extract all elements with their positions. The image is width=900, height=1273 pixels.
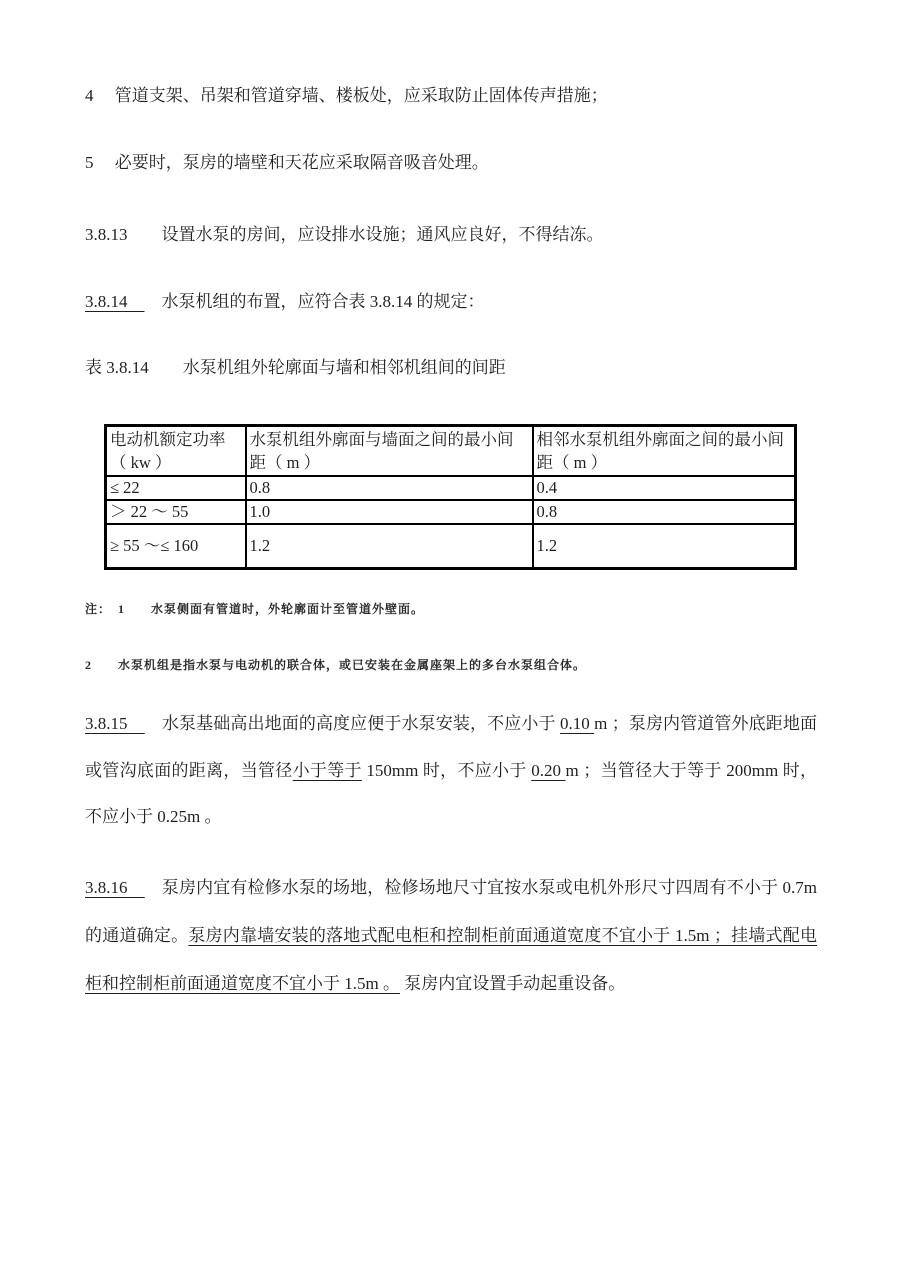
clause-3-8-16: 3.8.16 泵房内宜有检修水泵的场地，检修场地尺寸宜按水泵或电机外形尺寸四周有… (85, 864, 817, 1008)
table-note-2: 2 水泵机组是指水泵与电动机的联合体，或已安装在金属座架上的多台水泵组合体。 (85, 653, 817, 677)
clause-3-8-15: 3.8.15 水泵基础高出地面的高度应便于水泵安装，不应小于 0.10 m ；泵… (85, 701, 817, 841)
cell-wall-min: 1.2 (246, 524, 533, 569)
cell-power-range: ＞ 22 ～ 55 (106, 500, 246, 524)
cell-power-range: ≥ 55 ～≤ 160 (106, 524, 246, 569)
table-row: ≤ 22 0.8 0.4 (106, 476, 796, 500)
header-wall-clearance: 水泵机组外廓面与墙面之间的最小间距（ m ） (246, 426, 533, 477)
table-row: ≥ 55 ～≤ 160 1.2 1.2 (106, 524, 796, 569)
table-row: ＞ 22 ～ 55 1.0 0.8 (106, 500, 796, 524)
clause-3-8-13: 3.8.13 设置水泵的房间，应设排水设施；通风应良好，不得结冻。 (85, 223, 817, 247)
table-note-1: 注： 1 水泵侧面有管道时，外轮廓面计至管道外壁面。 (85, 597, 817, 621)
spacing-table: 电动机额定功率（ kw ） 水泵机组外廓面与墙面之间的最小间距（ m ） 相邻水… (104, 424, 797, 570)
clause-3-8-14: 3.8.14 水泵机组的布置，应符合表 3.8.14 的规定： (85, 290, 817, 314)
table-header-row: 电动机额定功率（ kw ） 水泵机组外廓面与墙面之间的最小间距（ m ） 相邻水… (106, 426, 796, 477)
header-unit-clearance: 相邻水泵机组外廓面之间的最小间距（ m ） (533, 426, 796, 477)
clause-4: 4 管道支架、吊架和管道穿墙、楼板处，应采取防止固体传声措施； (85, 84, 817, 108)
cell-unit-min: 0.8 (533, 500, 796, 524)
cell-unit-min: 1.2 (533, 524, 796, 569)
cell-wall-min: 1.0 (246, 500, 533, 524)
cell-unit-min: 0.4 (533, 476, 796, 500)
table-caption: 表 3.8.14 水泵机组外轮廓面与墙和相邻机组间的间距 (85, 356, 817, 380)
clause-5: 5 必要时，泵房的墙壁和天花应采取隔音吸音处理。 (85, 151, 817, 175)
cell-power-range: ≤ 22 (106, 476, 246, 500)
cell-wall-min: 0.8 (246, 476, 533, 500)
header-motor-power: 电动机额定功率（ kw ） (106, 426, 246, 477)
